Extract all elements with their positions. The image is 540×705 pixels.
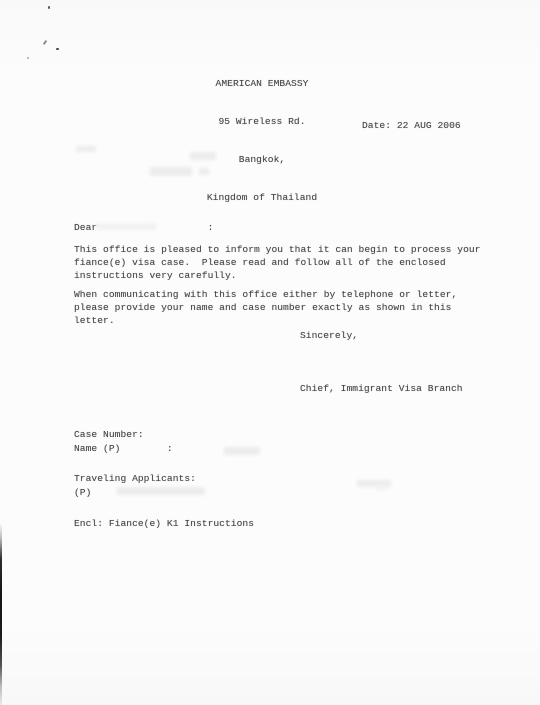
- embassy-name: AMERICAN EMBASSY: [162, 78, 362, 91]
- traveling-applicants-value: (P): [74, 486, 91, 499]
- redaction-smudge: [376, 484, 386, 490]
- signer-title: Chief, Immigrant Visa Branch: [300, 382, 463, 395]
- embassy-address-line-1: 95 Wireless Rd.: [162, 116, 362, 129]
- redaction-smudge: [150, 167, 192, 176]
- redaction-smudge: [224, 447, 260, 455]
- name-label: Name (P) :: [74, 442, 173, 455]
- body-paragraph-2: When communicating with this office eith…: [74, 288, 457, 327]
- scan-speck: [27, 57, 29, 59]
- redaction-smudge: [199, 168, 209, 175]
- date-line: Date: 22 AUG 2006: [362, 119, 461, 132]
- redaction-smudge: [190, 152, 216, 160]
- traveling-applicants-label: Traveling Applicants:: [74, 472, 196, 485]
- enclosure-line: Encl: Fiance(e) K1 Instructions: [74, 517, 254, 530]
- scan-speck: [43, 40, 48, 45]
- scan-edge-artifact: [0, 523, 2, 705]
- case-number-label: Case Number:: [74, 428, 144, 441]
- embassy-letterhead: AMERICAN EMBASSY 95 Wireless Rd. Bangkok…: [162, 53, 362, 229]
- scan-speck: [56, 48, 59, 50]
- redaction-smudge: [117, 487, 205, 495]
- redaction-smudge: [76, 146, 96, 152]
- scan-speck: [48, 6, 50, 9]
- scanned-letter-page: AMERICAN EMBASSY 95 Wireless Rd. Bangkok…: [0, 0, 540, 705]
- body-paragraph-1: This office is pleased to inform you tha…: [74, 243, 481, 282]
- embassy-address-line-3: Kingdom of Thailand: [162, 192, 362, 205]
- valediction: Sincerely,: [300, 329, 358, 342]
- redaction-smudge: [96, 223, 156, 230]
